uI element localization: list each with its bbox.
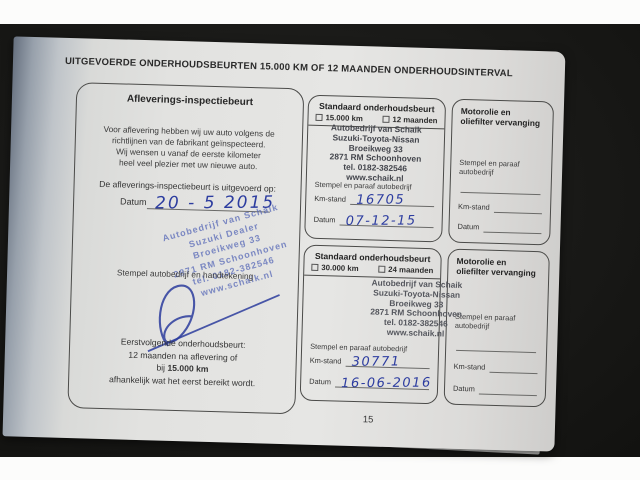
stamp-caption: Stempel en paraaf autobedrijf [459, 158, 520, 178]
date-label: Datum [120, 196, 147, 209]
photo-bottom-border [0, 457, 640, 480]
date-label: Datum [309, 377, 331, 388]
km-label: Km-stand [453, 362, 485, 373]
checkbox-15000km [315, 114, 322, 121]
km-label: Km-stand [458, 202, 490, 213]
checkbox-12maanden [382, 116, 389, 123]
dealer-ink-stamp: Autobedrijf van Schaik Suzuki-Toyota-Nis… [307, 123, 445, 186]
photo-top-border [0, 0, 640, 24]
oil-box-title: Motorolie en oliefilter vervanging [460, 106, 553, 129]
delivery-box-title: Afleverings-inspectiebeurt [77, 92, 303, 109]
handwritten-km: 30771 [351, 354, 400, 369]
handwritten-date: 16-06-2016 [341, 376, 432, 392]
page-number: 15 [3, 404, 640, 433]
km-label: Km-stand [310, 356, 342, 367]
km-line [494, 199, 543, 214]
standard-service-box-2: Standaard onderhoudsbeurt 30.000 km 24 m… [300, 245, 442, 405]
checkbox-24maanden [378, 266, 385, 273]
date-label: Datum [457, 222, 479, 233]
km-label: Km-stand [314, 194, 346, 205]
months-option: 24 maanden [378, 265, 433, 276]
date-label: Datum [314, 215, 336, 226]
km-option: 30.000 km [311, 263, 359, 273]
date-line: 07-12-15 [339, 212, 434, 229]
stamp-line-blank [460, 192, 540, 195]
next-service-note: Eerstvolgende onderhoudsbeurt: 12 maande… [69, 334, 296, 390]
date-line: 16-06-2016 [335, 373, 430, 390]
date-label: Datum [453, 384, 475, 395]
date-row: Datum [457, 218, 541, 234]
date-line [479, 380, 538, 396]
date-row: Datum [453, 380, 537, 396]
page-title: UITGEVOERDE ONDERHOUDSBEURTEN 15.000 KM … [13, 54, 565, 80]
dealer-ink-stamp: Autobedrijf van Schaik Suzuki-Toyota-Nis… [340, 278, 492, 341]
handwritten-date: 07-12-15 [345, 213, 416, 228]
date-line [483, 219, 542, 235]
handwritten-km: 16705 [356, 193, 405, 208]
date-row: Datum 16-06-2016 [309, 373, 429, 390]
km-threshold: 15.000 km [167, 363, 208, 374]
oil-box-title: Motorolie en oliefilter vervanging [456, 256, 549, 279]
km-stand-row: Km-stand 30771 [310, 352, 430, 369]
stamp-line-blank [456, 350, 536, 353]
km-line [489, 359, 538, 374]
date-row: Datum 07-12-15 [314, 211, 434, 228]
delivery-intro: Voor aflevering hebben wij uw auto volge… [75, 123, 302, 173]
km-stand-row: Km-stand 16705 [314, 190, 434, 207]
km-line: 16705 [350, 191, 435, 207]
km-stand-row: Km-stand [458, 198, 542, 214]
oil-change-box-1: Motorolie en oliefilter vervanging Stemp… [448, 99, 554, 246]
standard-service-box-1: Standaard onderhoudsbeurt 15.000 km 12 m… [304, 95, 446, 243]
checkbox-30000km [311, 264, 318, 271]
service-booklet-page: UITGEVOERDE ONDERHOUDSBEURTEN 15.000 KM … [3, 36, 566, 451]
delivery-inspection-box: Afleverings-inspectiebeurt Voor afleveri… [67, 82, 304, 414]
km-line: 30771 [345, 353, 430, 369]
km-stand-row: Km-stand [453, 358, 537, 374]
